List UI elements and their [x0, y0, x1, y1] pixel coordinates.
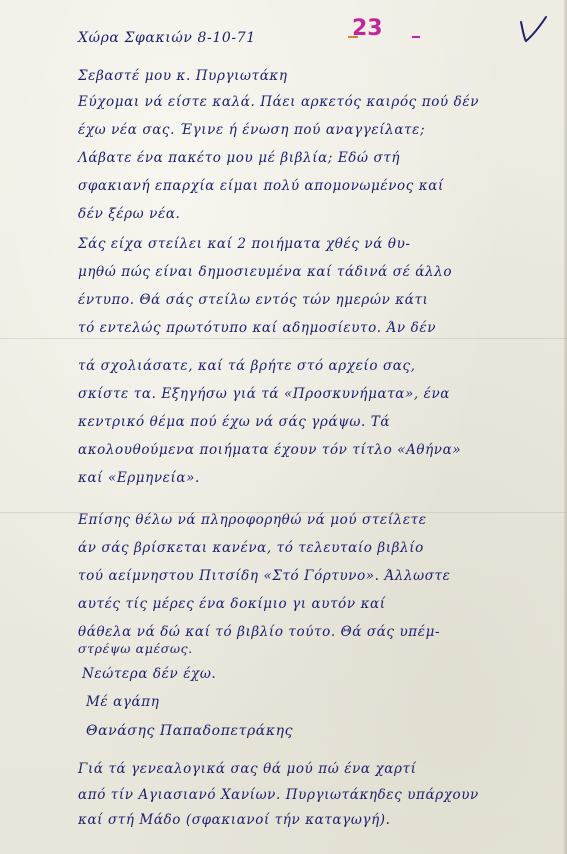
body-line: καί «Ερμηνεία». — [78, 470, 200, 486]
archive-mark: 23 — [352, 16, 383, 41]
body-line: σκίστε τα. Εξηγήσω γιά τά «Προσκυνήματα»… — [78, 386, 450, 402]
salutation: Σεβαστέ μου κ. Πυργιωτάκη — [78, 68, 288, 84]
body-line: Εύχομαι νά είστε καλά. Πάει αρκετός καιρ… — [78, 94, 479, 110]
body-line: Λάβατε ένα πακέτο μου μέ βιβλία; Εδώ στή — [78, 150, 400, 166]
body-line: Σάς είχα στείλει καί 2 ποιήματα χθές νά … — [78, 236, 411, 252]
body-line: αυτές τίς μέρες ένα δοκίμιο γι αυτόν καί — [78, 596, 386, 612]
letter-page: Χώρα Σφακιών 8-10-71 23 Σεβαστέ μου κ. Π… — [0, 0, 567, 854]
body-line: τό εντελώς πρωτότυπο καί αδημοσίευτο. Άν… — [78, 320, 436, 336]
body-line: ακολουθούμενα ποιήματα έχουν τόν τίτλο «… — [78, 442, 461, 458]
postscript-line: από τίν Αγιασιανό Χανίων. Πυργιωτάκηδες … — [78, 787, 479, 803]
body-line: έχω νέα σας. Έγινε ή ένωση πού αναγγείλα… — [78, 122, 425, 138]
body-line: έντυπο. Θά σάς στείλω εντός τών ημερών κ… — [78, 292, 428, 308]
body-line: κεντρικό θέμα πού έχω νά σάς γράψω. Τά — [78, 414, 390, 430]
body-line: σφακιανή επαρχία είμαι πολύ απομονωμένος… — [78, 178, 444, 194]
body-line: δέν ξέρω νέα. — [78, 206, 180, 222]
postscript-line: Γιά τά γενεαλογικά σας θά μού πώ ένα χαρ… — [78, 761, 416, 777]
body-line: Επίσης θέλω νά πληροφορηθώ νά μού στείλε… — [78, 512, 427, 528]
checkmark-icon — [518, 14, 548, 44]
signature: Θανάσης Παπαδοπετράκης — [86, 723, 293, 739]
body-line: τού αείμνηστου Πιτσίδη «Στό Γόρτυνο». Άλ… — [78, 568, 450, 584]
body-line: άν σάς βρίσκεται κανένα, τό τελευταίο βι… — [78, 540, 424, 556]
valediction: Μέ αγάπη — [86, 694, 159, 710]
paper-edge — [563, 0, 567, 854]
place-date: Χώρα Σφακιών 8-10-71 — [78, 30, 256, 46]
body-line: θάθελα νά δώ καί τό βιβλίο τούτο. Θά σάς… — [78, 624, 440, 640]
postscript-line: καί στή Μάδο (σφακιανοί τήν καταγωγή). — [78, 812, 391, 828]
body-line: στρέψω αμέσως. — [78, 641, 193, 656]
closing-line: Νεώτερα δέν έχω. — [82, 666, 216, 682]
body-line: μηθώ πώς είναι δημοσιευμένα καί τάδινά σ… — [78, 264, 452, 280]
archive-mark-dash — [412, 36, 420, 38]
body-line: τά σχολιάσατε, καί τά βρήτε στό αρχείο σ… — [78, 358, 416, 374]
paper-fold — [0, 338, 567, 339]
